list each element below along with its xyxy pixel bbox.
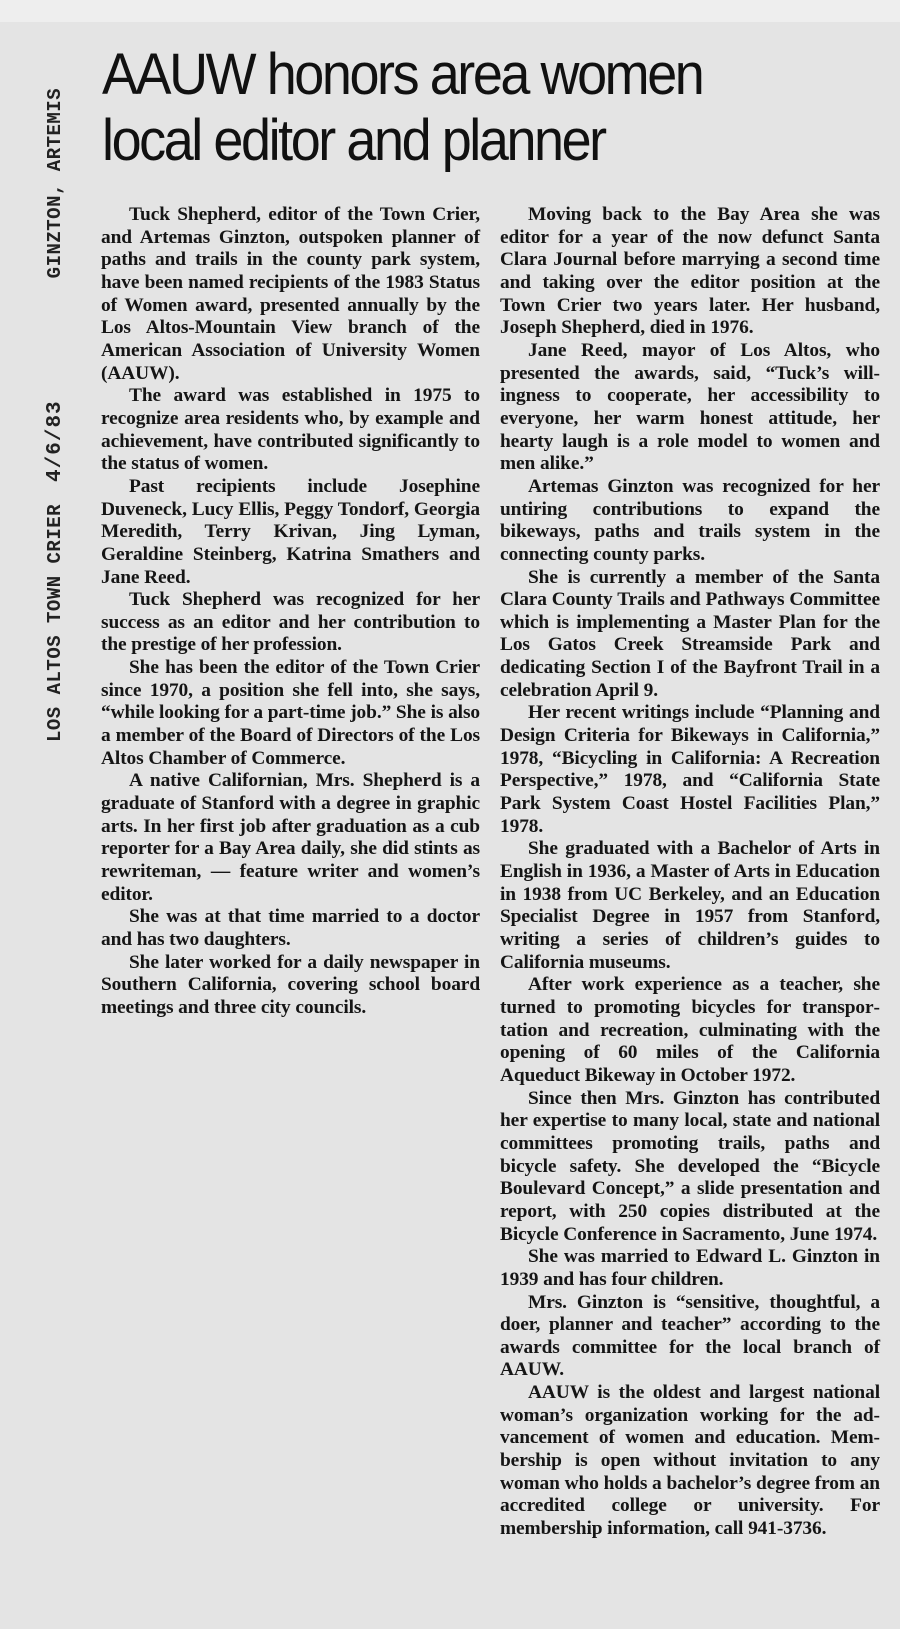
paragraph: Tuck Shepherd, editor of the Town Crier,… bbox=[101, 204, 480, 385]
paragraph: After work experience as a teacher, she … bbox=[500, 974, 880, 1087]
headline-line-2: local editor and planner bbox=[102, 108, 827, 174]
paragraph: Mrs. Ginzton is “sensitive, thoughtful, … bbox=[500, 1292, 880, 1383]
headline: AAUW honors area women local editor and … bbox=[102, 42, 827, 174]
archive-slug: LOS ALTOS TOWN CRIER4/6/83GINZTON, ARTEM… bbox=[44, 88, 67, 742]
paragraph: AAUW is the oldest and largest national … bbox=[500, 1382, 880, 1541]
paragraph: Since then Mrs. Ginzton has contri­buted… bbox=[500, 1088, 880, 1247]
article-column-2: Moving back to the Bay Area she was edit… bbox=[500, 204, 880, 1541]
paragraph: She graduated with a Bachelor of Arts in… bbox=[500, 838, 880, 974]
paragraph: She has been the editor of the Town Crie… bbox=[101, 657, 480, 770]
paragraph: Past recipients include Josephine Duvene… bbox=[101, 476, 480, 589]
publication-name: LOS ALTOS TOWN CRIER bbox=[44, 504, 66, 742]
paragraph: The award was established in 1975 to rec… bbox=[101, 385, 480, 476]
paragraph: She was married to Edward L. Ginzton in … bbox=[500, 1246, 880, 1291]
paragraph: She was at that time married to a doctor… bbox=[101, 906, 480, 951]
paragraph: Jane Reed, mayor of Los Altos, who prese… bbox=[500, 340, 880, 476]
headline-line-1: AAUW honors area women bbox=[102, 42, 827, 108]
paragraph: Artemas Ginzton was recognized for her u… bbox=[500, 476, 880, 567]
paragraph: A native Californian, Mrs. Shepherd is a… bbox=[101, 770, 480, 906]
scan-top-margin bbox=[0, 0, 900, 22]
publication-date: 4/6/83 bbox=[44, 400, 67, 482]
paragraph: She is currently a member of the Santa C… bbox=[500, 567, 880, 703]
paragraph: Her recent writings include “Planning an… bbox=[500, 702, 880, 838]
paragraph: Moving back to the Bay Area she was edit… bbox=[500, 204, 880, 340]
paragraph: Tuck Shepherd was recognized for her suc… bbox=[101, 589, 480, 657]
subject-label: GINZTON, ARTEMIS bbox=[44, 88, 66, 278]
paragraph: She later worked for a daily newspaper i… bbox=[101, 952, 480, 1020]
article-column-1: Tuck Shepherd, editor of the Town Crier,… bbox=[101, 204, 480, 1020]
